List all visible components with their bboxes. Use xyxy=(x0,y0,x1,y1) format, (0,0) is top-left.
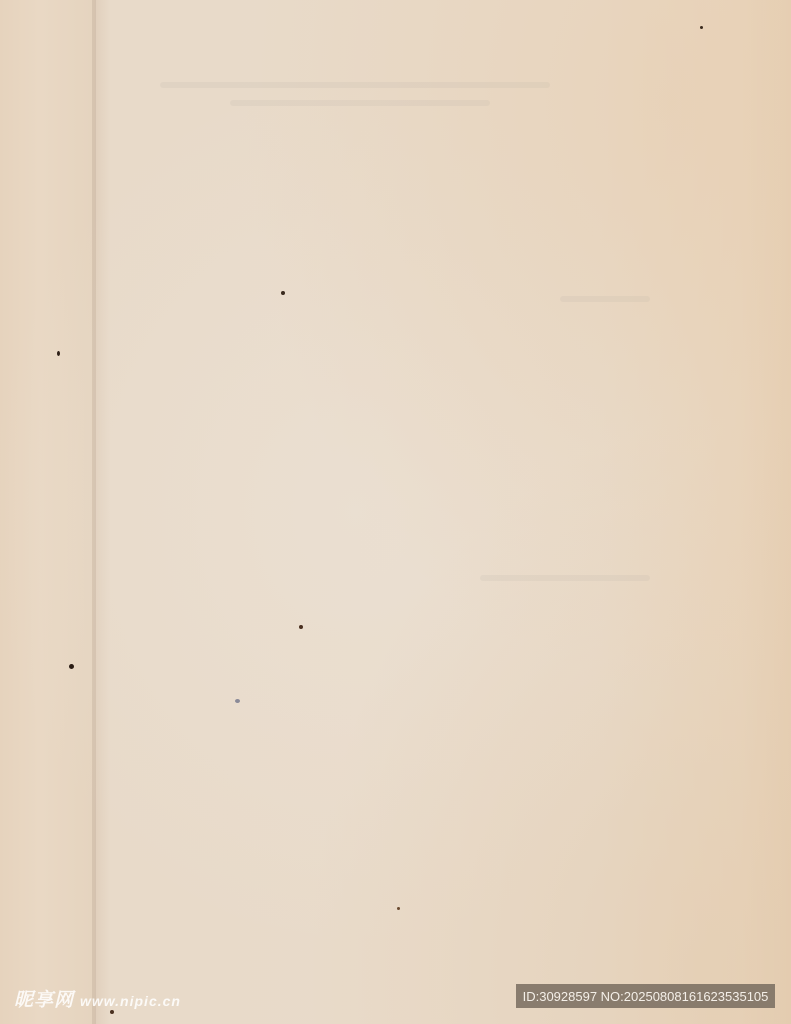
paper-speck xyxy=(700,26,703,29)
paper-fold-band xyxy=(92,0,96,1024)
paper-speck xyxy=(235,699,240,703)
faint-show-through-text xyxy=(230,100,490,106)
paper-texture xyxy=(0,0,791,1024)
watermark-logo: 昵享网 www.nipic.cn xyxy=(14,985,181,1012)
faint-show-through-text xyxy=(160,82,550,88)
paper-speck xyxy=(281,291,285,295)
paper-speck xyxy=(299,625,303,629)
watermark-id-badge: ID:30928597 NO:20250808161623535105 xyxy=(516,984,775,1008)
watermark-url: www.nipic.cn xyxy=(80,993,181,1009)
faint-show-through-text xyxy=(560,296,650,302)
paper-speck xyxy=(69,664,74,669)
faint-show-through-text xyxy=(480,575,650,581)
paper-speck xyxy=(57,351,60,356)
paper-speck xyxy=(397,907,400,910)
watermark-logo-text: 昵享网 xyxy=(14,985,74,1012)
